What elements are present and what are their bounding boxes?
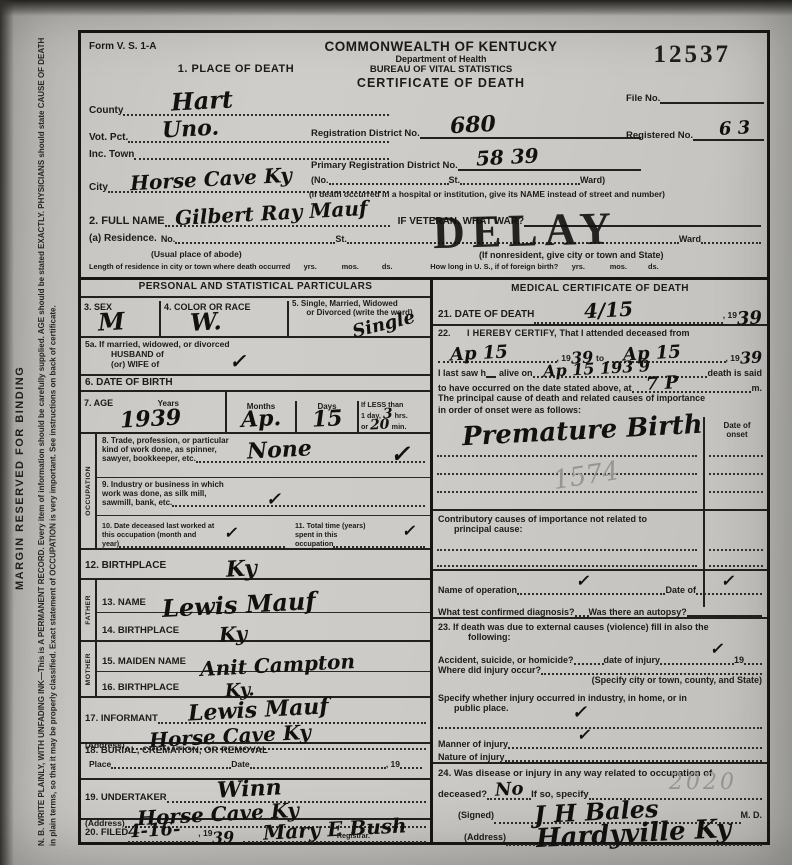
- hrs-label: hrs.: [395, 411, 408, 420]
- husband-label-3: (or) WIFE of: [111, 359, 426, 369]
- occupation-side-cell: OCCUPATION: [81, 434, 97, 548]
- dod-year-pre: , 19: [723, 310, 737, 320]
- margin-binding-text: MARGIN RESERVED FOR BINDING: [14, 290, 26, 590]
- county-rule: Hart: [123, 91, 389, 116]
- age-less-cell: If LESS than 1 day, 3 hrs. or 20 min.: [359, 399, 430, 432]
- trade-row: 8. Trade, profession, or particular kind…: [97, 434, 430, 478]
- photo-left-edge: [0, 0, 14, 865]
- residence-ward-rule: [701, 238, 761, 244]
- certify-line: 22. I HEREBY CERTIFY, That I attended de…: [433, 326, 767, 341]
- father-birthplace-row: 14. BIRTHPLACE Ky: [97, 613, 430, 640]
- related-no: 24.: [438, 768, 451, 779]
- city-value: Horse Cave Ky: [130, 167, 293, 191]
- last-saw-date: Ap 15 193 9: [542, 360, 650, 378]
- registration-district-label: Registration District No.: [311, 128, 420, 139]
- occupation-side-label: OCCUPATION: [85, 466, 92, 516]
- where-note: (Specify city or town, county, and State…: [438, 675, 762, 685]
- file-no-rule: [660, 98, 764, 104]
- registered-no-rule: 6 3: [693, 121, 764, 141]
- primary-district-label: Primary Registration District No.: [311, 160, 458, 171]
- accident-checkmark: ✓: [709, 643, 725, 654]
- occurred-rule: 7 P: [632, 377, 752, 393]
- where-label: Where did injury occur?: [438, 665, 541, 675]
- death-time-value: 7 P: [645, 376, 678, 392]
- filed-date-rule: 4-16-: [128, 823, 198, 843]
- full-name-value: Gilbert Ray Mauf: [174, 200, 367, 226]
- trade-label-3: sawyer, bookkeeper, etc.: [102, 454, 196, 463]
- department-subtitle: Department of Health: [281, 54, 601, 64]
- months-value: Ap.: [241, 410, 282, 430]
- length-mos-label: mos.: [330, 262, 370, 271]
- occurred-2: m.: [751, 383, 762, 393]
- total-time-checkmark: ✓: [401, 525, 417, 536]
- last-worked-cell: 10. Date deceased last worked at this oc…: [97, 519, 290, 548]
- registered-no-label: Registered No.: [626, 130, 693, 141]
- physician-address-value: Hardyville Ky: [536, 819, 732, 850]
- commonwealth-title: COMMONWEALTH OF KENTUCKY: [281, 39, 601, 54]
- husband-label-2: HUSBAND of: [111, 349, 426, 359]
- marital-label-1: 5. Single, Married, Widowed: [292, 299, 427, 308]
- birthplace-row: 12. BIRTHPLACE Ky: [81, 550, 430, 580]
- county-label: County: [89, 105, 123, 116]
- onset-label-2: onset: [709, 430, 765, 439]
- file-no-label: File No.: [626, 93, 660, 104]
- registration-district-value: 680: [449, 116, 496, 136]
- last-saw-rule: Ap 15 193 9: [533, 363, 708, 378]
- residence-label: (a) Residence.: [89, 233, 157, 244]
- test-row: What test confirmed diagnosis? Was there…: [433, 595, 767, 617]
- registrar-label: Registrar.: [337, 831, 370, 840]
- undertaker-value: Winn: [216, 779, 282, 800]
- attended-from-value: Ap 15: [450, 345, 509, 362]
- mother-name-label: 15. MAIDEN NAME: [102, 656, 186, 667]
- scanned-death-certificate-photo: MARGIN RESERVED FOR BINDING N. B. WRITE …: [0, 0, 792, 865]
- street-st-label: St.: [449, 175, 461, 185]
- specify-1: Specify whether injury occurred in indus…: [438, 693, 762, 703]
- accident-row: Accident, suicide, or homicide? date of …: [433, 647, 767, 665]
- injury-date-label: date of injury: [604, 655, 661, 665]
- less-label-3: or: [361, 422, 368, 431]
- total-time-rule: [333, 542, 425, 548]
- industry-label-1: 9. Industry or business in which: [102, 480, 425, 489]
- last-saw-2: alive on: [499, 368, 533, 378]
- form-number: Form V. S. 1-A: [89, 41, 156, 52]
- nature-label: Nature of injury: [438, 752, 505, 762]
- contributory-onset-rule-1: [709, 549, 763, 551]
- race-value: W.: [190, 311, 223, 332]
- filed-year-value: 39: [212, 832, 235, 846]
- dod-label: 21. DATE OF DEATH: [438, 309, 534, 320]
- operation-row: Name of operation ✓ Date of ✓: [433, 569, 767, 595]
- dod-year-value: 39: [737, 311, 763, 327]
- serial-number-stamp: 12537: [654, 41, 732, 69]
- length-left-label: Length of residence in city or town wher…: [89, 262, 290, 271]
- last-saw-1: I last saw h: [438, 368, 486, 378]
- mother-birthplace-row: 16. BIRTHPLACE Ky.: [97, 672, 430, 696]
- husband-checkmark: ✓: [230, 354, 250, 368]
- industry-row: 9. Industry or business in which work wa…: [97, 478, 430, 516]
- cause-onset-rule-3: [709, 491, 763, 493]
- operation-date-checkmark: ✓: [721, 575, 737, 586]
- signed-label: (Signed): [458, 810, 494, 820]
- last-worked-label-1: 10. Date deceased last worked at: [102, 521, 285, 530]
- inc-town-label: Inc. Town: [89, 149, 134, 160]
- cause-value: Premature Birth: [462, 415, 704, 448]
- manner-row: Manner of injury ✓: [433, 729, 767, 749]
- operation-date-label: Date of: [665, 585, 696, 595]
- burial-date-rule: [250, 763, 386, 769]
- residence-ward-label: Ward: [679, 234, 701, 244]
- dod-rule: 4/15: [534, 302, 722, 324]
- less-label-1: If LESS than: [361, 400, 428, 409]
- hospital-note: (If death occurred in a hospital or inst…: [309, 189, 763, 199]
- onset-label-1: Date of: [709, 421, 765, 430]
- informant-row: 17. INFORMANT Lewis Mauf (Address) Horse…: [81, 698, 430, 744]
- photo-top-edge: [0, 0, 792, 16]
- faint-number: 1574: [551, 456, 621, 496]
- contributory-block: Contributory causes of importance not re…: [433, 509, 767, 569]
- filed-year-pre: , 19: [198, 828, 212, 838]
- external-1: If death was due to external causes (vio…: [453, 622, 709, 632]
- last-saw-line: I last saw h alive on Ap 15 193 9 death …: [433, 363, 767, 378]
- street-ward-label: Ward): [580, 175, 605, 185]
- marital-cell: 5. Single, Married, Widowed or Divorced …: [289, 298, 430, 336]
- last-worked-total-row: 10. Date deceased last worked at this oc…: [97, 516, 430, 548]
- husband-wife-row: 5a. If married, widowed, or divorced HUS…: [81, 338, 430, 376]
- residence-no-label: No.: [161, 234, 176, 244]
- full-name-label: 2. FULL NAME: [89, 215, 165, 227]
- length-yrs2-label: yrs.: [558, 262, 598, 271]
- attended-year-pre-2: , 19: [726, 353, 740, 363]
- residence-no-rule: [175, 238, 335, 244]
- physician-address-label: (Address): [464, 832, 506, 842]
- physician-address-rule: Hardyville Ky: [506, 824, 762, 846]
- race-label: 4. COLOR OR RACE: [164, 302, 284, 312]
- burial-year-rule: [400, 763, 422, 769]
- total-time-cell: 11. Total time (years) spent in this occ…: [290, 519, 430, 548]
- county-row: County Hart: [89, 91, 389, 116]
- age-row: 7. AGE Years 1939 Months Ap. Days 15 If …: [81, 392, 430, 434]
- where-rule: [541, 669, 762, 675]
- burial-row: 18. BURIAL, CREMATION, OR REMOVAL Place …: [81, 744, 430, 780]
- father-side-cell: FATHER: [81, 580, 97, 640]
- city-label: City: [89, 182, 108, 193]
- occurred-line: to have occurred on the date stated abov…: [433, 378, 767, 393]
- father-name-label: 13. NAME: [102, 597, 146, 608]
- husband-label-1: 5a. If married, widowed, or divorced: [85, 339, 426, 349]
- burial-place-label: Place: [89, 759, 111, 769]
- minutes-value: 20: [370, 419, 390, 431]
- age-label: 7. AGE: [84, 398, 113, 408]
- where-block: Where did injury occur? (Specify city or…: [433, 665, 767, 693]
- autopsy-label: Was there an autopsy?: [589, 607, 687, 617]
- specify-rule-row: [433, 721, 767, 729]
- certificate-form: Form V. S. 1-A 1. PLACE OF DEATH County …: [78, 30, 770, 845]
- accident-label: Accident, suicide, or homicide?: [438, 655, 574, 665]
- personal-title: PERSONAL AND STATISTICAL PARTICULARS: [81, 280, 430, 298]
- certify-rest: That I attended deceased from: [560, 328, 690, 338]
- registrar-signature: Mary E Bush: [262, 817, 406, 840]
- age-years-cell: 7. AGE Years 1939: [81, 392, 227, 432]
- last-worked-checkmark: ✓: [224, 527, 240, 538]
- age-months-cell: Months Ap.: [227, 401, 297, 432]
- street-no-label: (No.: [311, 175, 329, 185]
- burial-place-rule: [111, 763, 231, 769]
- manner-label: Manner of injury: [438, 739, 508, 749]
- registration-district-rule: 680: [420, 117, 641, 139]
- trade-checkmark: ✓: [390, 446, 414, 463]
- precinct-label: Vot. Pct.: [89, 132, 128, 143]
- contributory-2: principal cause:: [454, 524, 762, 534]
- county-value: Hart: [171, 89, 234, 111]
- date-of-death-row: 21. DATE OF DEATH 4/15 , 19 39: [433, 300, 767, 326]
- specify-2: public place.: [454, 703, 762, 713]
- street-line: (No. St. Ward): [311, 175, 756, 185]
- father-block: FATHER 13. NAME Lewis Mauf 14. BIRTHPLAC…: [81, 580, 430, 642]
- specify-block: Specify whether injury occurred in indus…: [433, 693, 767, 721]
- burial-date-label: Date: [231, 759, 249, 769]
- father-name-row: 13. NAME Lewis Mauf: [97, 580, 430, 613]
- sex-race-marital-row: 3. SEX M 4. COLOR OR RACE W. 5. Single, …: [81, 298, 430, 338]
- residence-st-label: St.: [335, 234, 347, 244]
- precinct-value: Uno.: [162, 120, 220, 141]
- registration-district-row: Registration District No. 680: [311, 117, 641, 139]
- occurred-1: to have occurred on the date stated abov…: [438, 383, 632, 393]
- trade-value: None: [247, 440, 313, 461]
- attended-from-rule: Ap 15: [438, 347, 557, 363]
- related-answer: No: [495, 782, 524, 798]
- mother-name-row: 15. MAIDEN NAME Anit Campton: [97, 642, 430, 672]
- length-ds-label: ds.: [370, 262, 404, 271]
- mother-birthplace-label: 16. BIRTHPLACE: [102, 682, 179, 693]
- primary-district-rule: 58 39: [458, 149, 641, 171]
- birthplace-label: 12. BIRTHPLACE: [85, 560, 166, 571]
- occupation-block: OCCUPATION 8. Trade, profession, or part…: [81, 434, 430, 550]
- certificate-title: CERTIFICATE OF DEATH: [281, 76, 601, 90]
- last-worked-label-2: this occupation (month and: [102, 530, 285, 539]
- cause-onset-rule-2: [709, 473, 763, 475]
- contributory-onset-rule-2: [709, 565, 763, 567]
- length-ds2-label: ds.: [638, 262, 668, 271]
- specify-checkmark: ✓: [572, 707, 590, 720]
- registered-no-row: Registered No. 6 3: [626, 121, 764, 141]
- medical-certificate-column: MEDICAL CERTIFICATE OF DEATH 21. DATE OF…: [433, 277, 767, 842]
- sex-value: M: [98, 311, 126, 332]
- last-worked-rule: [119, 542, 285, 548]
- contributory-rule-1: [437, 549, 697, 551]
- birthplace-value: Ky: [226, 561, 258, 580]
- test-label: What test confirmed diagnosis?: [438, 607, 575, 617]
- industry-checkmark: ✓: [266, 494, 284, 507]
- dob-row: 6. DATE OF BIRTH: [81, 376, 430, 392]
- last-worked-label-3: year): [102, 539, 119, 548]
- delay-stamp: DELAY: [432, 201, 618, 259]
- operation-checkmark: ✓: [576, 575, 592, 586]
- header-center-block: COMMONWEALTH OF KENTUCKY Department of H…: [281, 39, 601, 90]
- onset-label: Date of onset: [709, 421, 765, 439]
- length-right-label: How long in U. S., if of foreign birth?: [430, 262, 558, 271]
- days-value: 15: [311, 410, 343, 429]
- registered-no-value: 6 3: [719, 121, 751, 137]
- burial-year-label: , 19: [386, 759, 400, 769]
- mother-side-label: MOTHER: [85, 653, 92, 685]
- certify-bold: I HEREBY CERTIFY,: [467, 328, 557, 338]
- informant-label: 17. INFORMANT: [85, 713, 158, 724]
- file-no-row: File No.: [626, 93, 764, 104]
- residence-row: (a) Residence. No. St. Ward: [89, 233, 761, 244]
- physician-address-row: (Address) Hardyville Ky: [433, 824, 767, 850]
- industry-label-2: work was done, as silk mill,: [102, 489, 425, 498]
- filed-date-value: 4-16-: [128, 823, 181, 840]
- street-st-rule: [460, 179, 580, 185]
- nature-row: Nature of injury: [433, 749, 767, 762]
- external-no: 23.: [438, 622, 451, 632]
- filed-label: 20. FILED: [85, 827, 128, 838]
- contributory-1: Contributory causes of importance not re…: [438, 511, 762, 524]
- cause-block: Premature Birth Date of onset 1574: [433, 417, 767, 509]
- bureau-subtitle: BUREAU OF VITAL STATISTICS: [281, 64, 601, 75]
- dod-value: 4/15: [584, 301, 634, 320]
- filed-row: 20. FILED 4-16- , 19 39 Mary E Bush: [81, 820, 430, 844]
- cause-onset-rule-1: [709, 455, 763, 457]
- personal-particulars-column: PERSONAL AND STATISTICAL PARTICULARS 3. …: [81, 277, 433, 842]
- length-mos2-label: mos.: [598, 262, 638, 271]
- full-name-rule: Gilbert Ray Mauf: [165, 205, 390, 227]
- medical-title: MEDICAL CERTIFICATE OF DEATH: [433, 280, 767, 300]
- certify-no: 22.: [438, 328, 451, 338]
- contributory-rule-2: [437, 565, 697, 567]
- md-label: M. D.: [741, 810, 763, 820]
- principal-line-1: The principal cause of death and related…: [433, 393, 767, 405]
- burial-label: 18. BURIAL, CREMATION, OR REMOVAL: [85, 745, 426, 756]
- street-no-rule: [329, 179, 449, 185]
- manner-checkmark: ✓: [577, 729, 593, 740]
- length-yrs-label: yrs.: [290, 262, 330, 271]
- related-block: 24. Was disease or injury in any way rel…: [433, 762, 767, 798]
- primary-district-value: 58 39: [475, 147, 538, 166]
- faint-stamp: 2020: [669, 770, 737, 795]
- mother-side-cell: MOTHER: [81, 642, 97, 696]
- sex-cell: 3. SEX M: [81, 301, 161, 336]
- abode-note: (Usual place of abode): [151, 249, 242, 259]
- length-of-residence-line: Length of residence in city or town wher…: [89, 262, 761, 271]
- father-birthplace-label: 14. BIRTHPLACE: [102, 625, 179, 636]
- cause-rule-1: [437, 455, 697, 457]
- industry-rule: [172, 501, 425, 507]
- full-name-row: 2. FULL NAME Gilbert Ray Mauf IF VETERAN…: [89, 205, 761, 227]
- margin-instructions-text: N. B. WRITE PLAINLY, WITH UNFADING INK—T…: [36, 34, 80, 846]
- registrar-rule: Mary E Bush: [243, 821, 426, 843]
- undertaker-label: 19. UNDERTAKER: [85, 792, 167, 803]
- injury-year-label: 19: [734, 655, 744, 665]
- race-cell: 4. COLOR OR RACE W.: [161, 301, 289, 336]
- industry-label-3: sawmill, bank, etc.: [102, 498, 172, 507]
- operation-label: Name of operation: [438, 585, 517, 595]
- father-birthplace-value: Ky: [219, 625, 248, 642]
- mother-block: MOTHER 15. MAIDEN NAME Anit Campton 16. …: [81, 642, 430, 698]
- min-label: min.: [392, 422, 407, 431]
- father-side-label: FATHER: [85, 595, 92, 625]
- total-time-label-3: occupation: [295, 539, 333, 548]
- primary-district-row: Primary Registration District No. 58 39: [311, 149, 641, 171]
- years-value: 1939: [120, 409, 182, 430]
- age-days-cell: Days 15: [297, 401, 359, 432]
